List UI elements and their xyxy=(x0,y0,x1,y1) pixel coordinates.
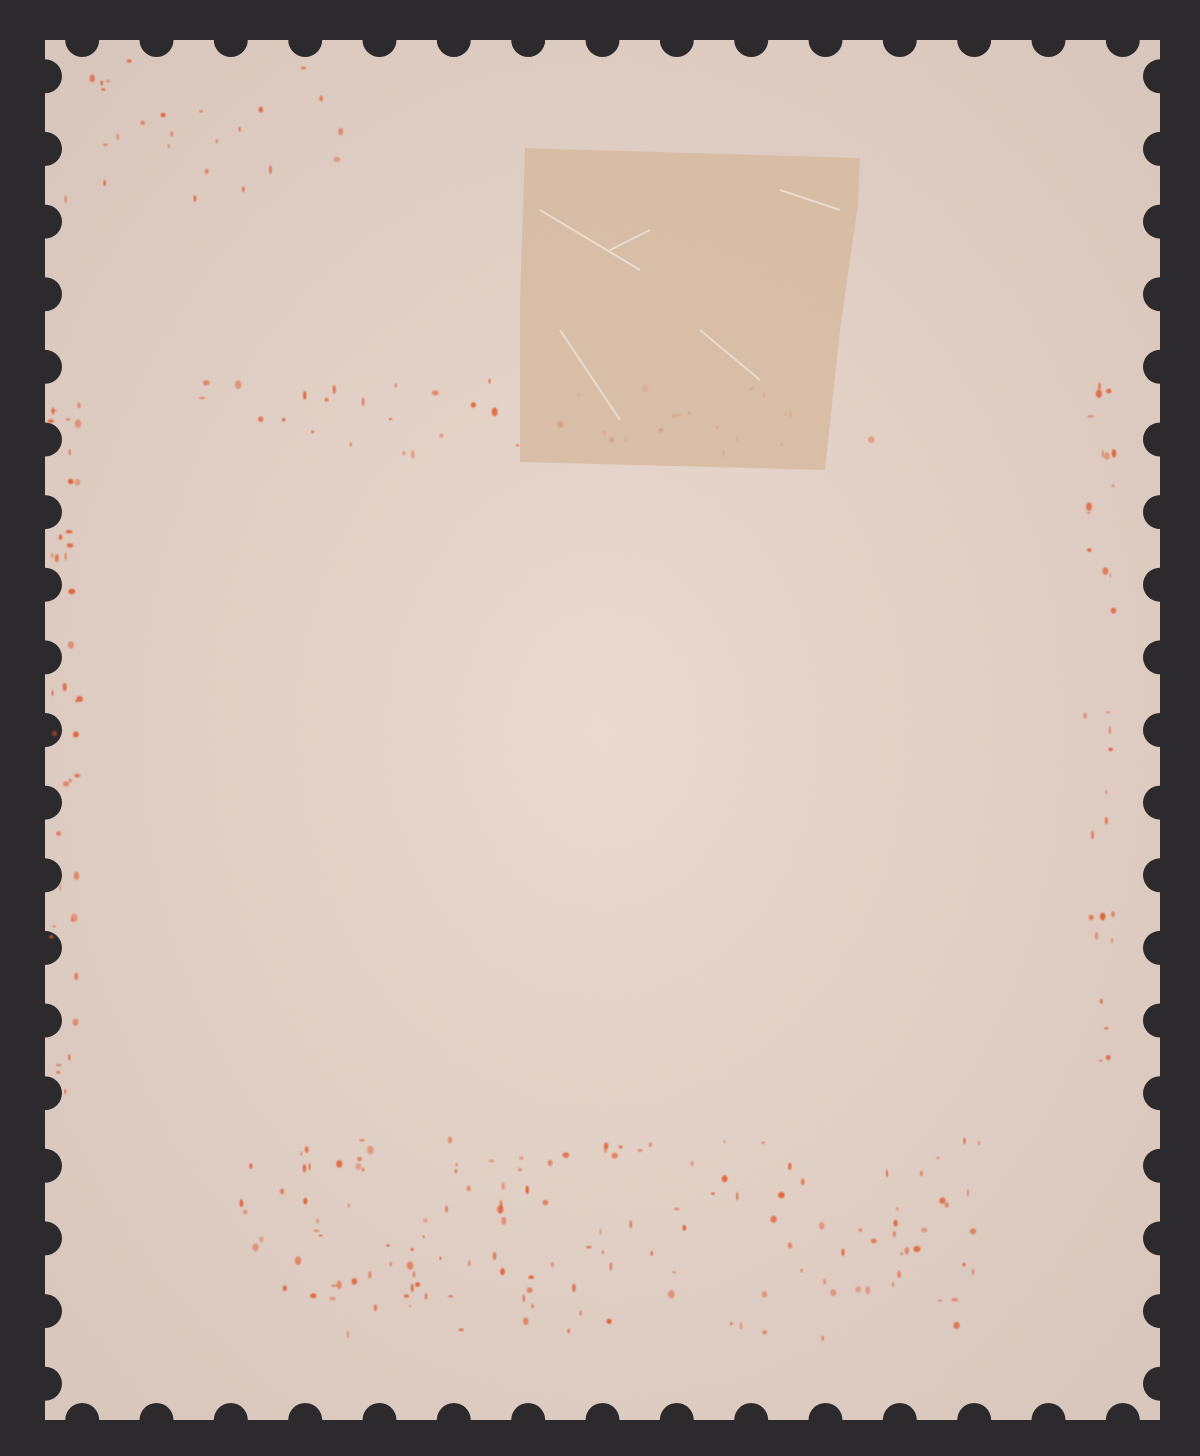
stamp-photo: Reverse side of a perforated postage sta… xyxy=(0,0,1200,1456)
stamp-back xyxy=(0,0,1200,1456)
stamp-hinge xyxy=(520,148,860,470)
